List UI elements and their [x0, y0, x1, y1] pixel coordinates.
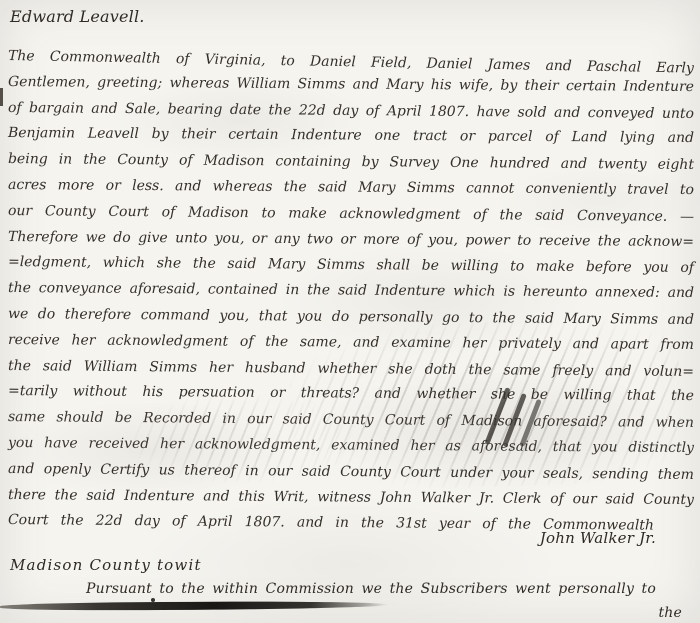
ink-smudge-bar	[0, 601, 388, 611]
catchword: the	[658, 605, 682, 621]
county-section-label: Madison County towit	[10, 556, 202, 574]
document-body: The Commonwealth of Virginia, to Daniel …	[8, 44, 694, 534]
ink-dot	[151, 598, 155, 602]
header-annotation: Edward Leavell.	[10, 7, 145, 26]
scanned-document-page: Edward Leavell. The Commonwealth of Virg…	[0, 0, 700, 623]
scan-edge-mark	[0, 88, 3, 106]
signature: John Walker Jr.	[540, 529, 656, 547]
continuation-line: Pursuant to the within Commission we the…	[86, 581, 656, 597]
